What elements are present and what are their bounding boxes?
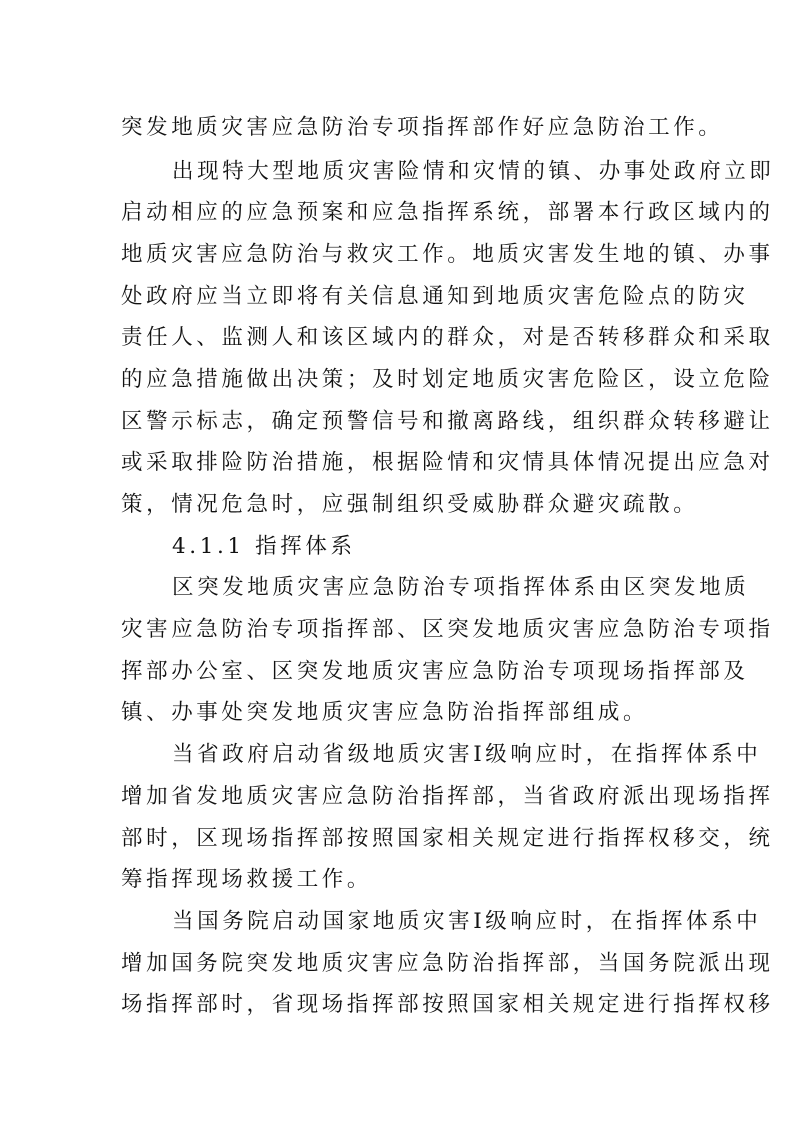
section-heading: 4.1.1 指挥体系 xyxy=(121,526,691,568)
document-page: 突发地质灾害应急防治专项指挥部作好应急防治工作。 出现特大型地质灾害险情和灾情的… xyxy=(0,0,793,1122)
text-line: 镇、办事处突发地质灾害应急防治指挥部组成。 xyxy=(121,692,691,734)
text-line: 灾害应急防治专项指挥部、区突发地质灾害应急防治专项指 xyxy=(121,609,691,651)
document-body: 突发地质灾害应急防治专项指挥部作好应急防治工作。 出现特大型地质灾害险情和灾情的… xyxy=(121,107,691,1026)
text-line: 部时，区现场指挥部按照国家相关规定进行指挥权移交，统 xyxy=(121,818,691,860)
text-line: 处政府应当立即将有关信息通知到地质灾害危险点的防灾 xyxy=(121,276,691,318)
text-line: 场指挥部时，省现场指挥部按照国家相关规定进行指挥权移 xyxy=(121,984,691,1026)
text-line: 当省政府启动省级地质灾害Ⅰ级响应时，在指挥体系中 xyxy=(121,734,691,776)
text-line: 增加国务院突发地质灾害应急防治指挥部，当国务院派出现 xyxy=(121,943,691,985)
text-line: 筹指挥现场救援工作。 xyxy=(121,859,691,901)
text-line: 地质灾害应急防治与救灾工作。地质灾害发生地的镇、办事 xyxy=(121,234,691,276)
text-line: 的应急措施做出决策；及时划定地质灾害危险区，设立危险 xyxy=(121,359,691,401)
text-line: 当国务院启动国家地质灾害Ⅰ级响应时，在指挥体系中 xyxy=(121,901,691,943)
text-line: 策，情况危急时，应强制组织受威胁群众避灾疏散。 xyxy=(121,484,691,526)
text-line: 出现特大型地质灾害险情和灾情的镇、办事处政府立即 xyxy=(121,151,691,193)
text-line: 增加省发地质灾害应急防治指挥部，当省政府派出现场指挥 xyxy=(121,776,691,818)
text-line: 责任人、监测人和该区域内的群众，对是否转移群众和采取 xyxy=(121,317,691,359)
text-line: 区突发地质灾害应急防治专项指挥体系由区突发地质 xyxy=(121,567,691,609)
text-line: 突发地质灾害应急防治专项指挥部作好应急防治工作。 xyxy=(121,107,691,151)
text-line: 区警示标志，确定预警信号和撤离路线，组织群众转移避让 xyxy=(121,401,691,443)
text-line: 或采取排险防治措施，根据险情和灾情具体情况提出应急对 xyxy=(121,442,691,484)
text-line: 启动相应的应急预案和应急指挥系统，部署本行政区域内的 xyxy=(121,192,691,234)
text-line: 挥部办公室、区突发地质灾害应急防治专项现场指挥部及 xyxy=(121,651,691,693)
